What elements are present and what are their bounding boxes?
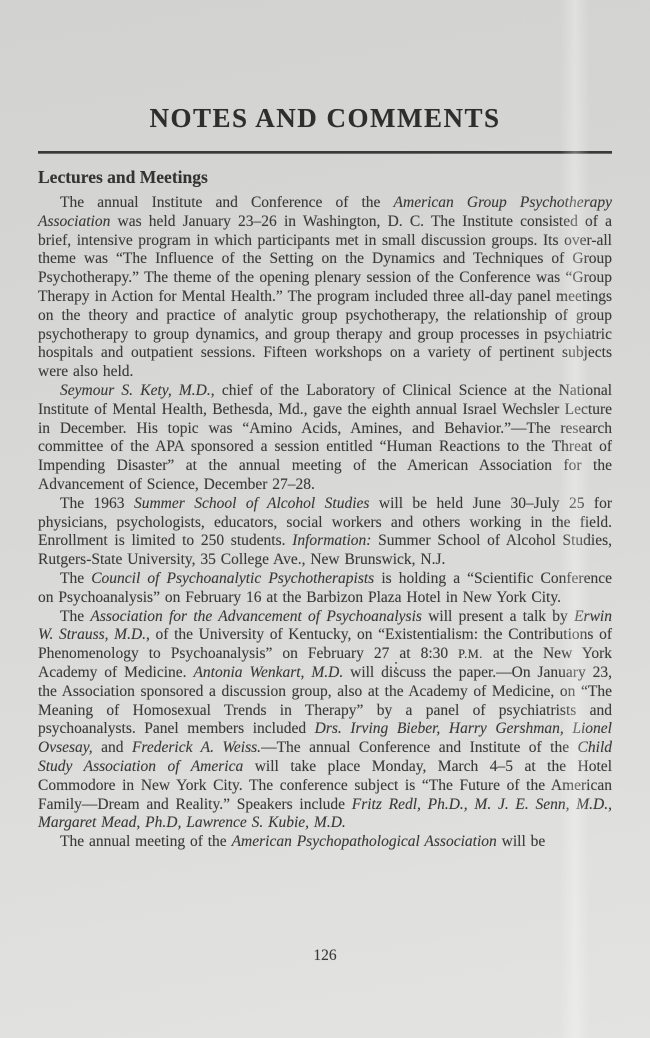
paragraph: The annual meeting of the American Psych… <box>38 833 612 852</box>
text-run: Association for the Advancement of Psych… <box>90 608 422 625</box>
text-run: Council of Psychoanalytic Psychotherapis… <box>91 570 374 587</box>
paragraph: The annual Institute and Conference of t… <box>38 194 612 382</box>
text-run: Drs. Irving Bieber, Harry Gershman, Lion… <box>38 720 612 756</box>
text-run: Summer School of Alcohol Studies <box>134 495 369 512</box>
text-run: Fritz Redl, Ph.D., M. J. E. Senn, M.D., … <box>38 796 612 832</box>
text-run: American Group Psychotherapy Association <box>38 194 612 230</box>
text-run: American Psychopathological Association <box>232 833 497 850</box>
paragraph: The Association for the Advancement of P… <box>38 608 612 834</box>
print-artifact-colon: : <box>394 657 398 674</box>
text-run: P.M. <box>458 647 483 661</box>
title-divider-rule <box>38 151 612 154</box>
paragraph: The 1963 Summer School of Alcohol Studie… <box>38 495 612 570</box>
text-run: Child Study Association of America <box>38 739 612 775</box>
scanned-page: NOTES AND COMMENTS Lectures and Meetings… <box>0 0 650 1038</box>
text-run: Frederick A. Weiss. <box>132 739 261 756</box>
paragraph: The Council of Psychoanalytic Psychother… <box>38 570 612 608</box>
paragraph: Seymour S. Kety, M.D., chief of the Labo… <box>38 382 612 495</box>
page-title: NOTES AND COMMENTS <box>38 0 612 134</box>
page-content: NOTES AND COMMENTS Lectures and Meetings… <box>38 0 612 852</box>
text-run: Seymour S. Kety, M.D. <box>60 382 211 399</box>
text-run: Antonia Wenkart, M.D. <box>193 664 343 681</box>
section-heading: Lectures and Meetings <box>38 167 612 188</box>
page-number: 126 <box>38 947 612 965</box>
article-body: The annual Institute and Conference of t… <box>38 194 612 852</box>
text-run: Information: <box>292 532 371 549</box>
